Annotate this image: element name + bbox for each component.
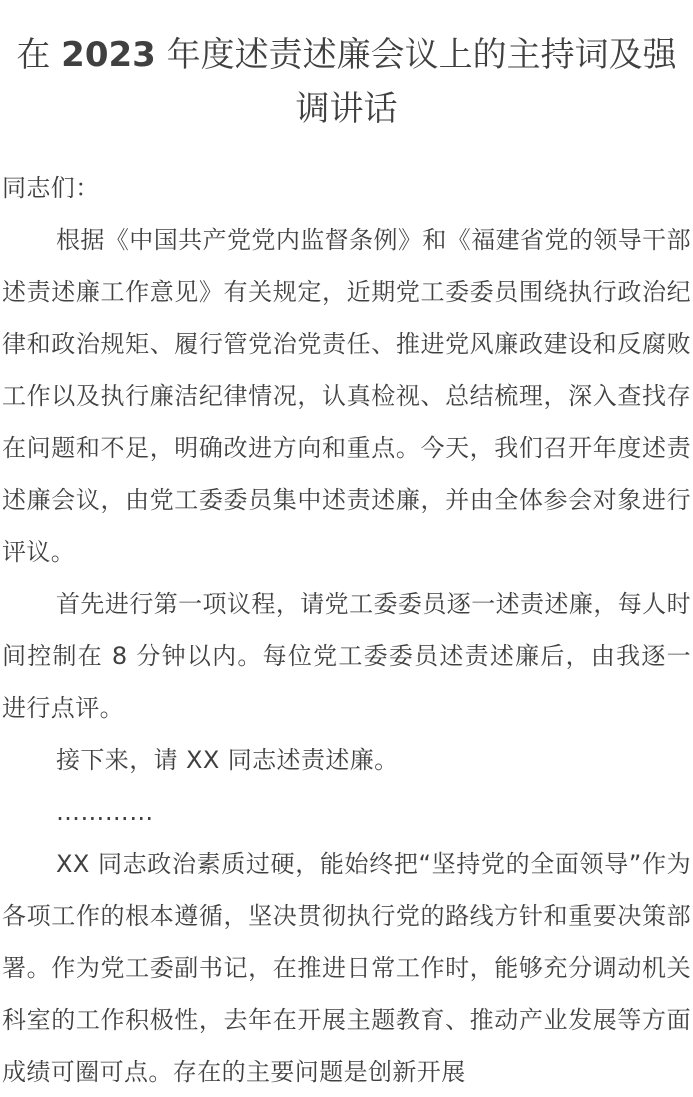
- paragraph-intro: 根据《中国共产党党内监督条例》和《福建省党的领导干部述责述廉工作意见》有关规定，…: [2, 214, 691, 578]
- document-body: 同志们： 根据《中国共产党党内监督条例》和《福建省党的领导干部述责述廉工作意见》…: [2, 162, 691, 1097]
- salutation: 同志们：: [2, 162, 691, 214]
- title-suffix: 年度述责述廉会议上的主持词及强调讲话: [156, 35, 677, 129]
- title-prefix: 在: [16, 35, 61, 75]
- title-year: 2023: [61, 35, 156, 75]
- paragraph-next-speaker: 接下来，请 XX 同志述责述廉。: [2, 734, 691, 786]
- document-title: 在 2023 年度述责述廉会议上的主持词及强调讲话: [2, 0, 691, 136]
- paragraph-agenda-first: 首先进行第一项议程，请党工委委员逐一述责述廉，每人时间控制在 8 分钟以内。每位…: [2, 578, 691, 734]
- paragraph-review: XX 同志政治素质过硬，能始终把“坚持党的全面领导”作为各项工作的根本遵循，坚决…: [2, 838, 691, 1097]
- document-page: 在 2023 年度述责述廉会议上的主持词及强调讲话 同志们： 根据《中国共产党党…: [0, 0, 693, 1097]
- paragraph-ellipsis: …………: [2, 786, 691, 838]
